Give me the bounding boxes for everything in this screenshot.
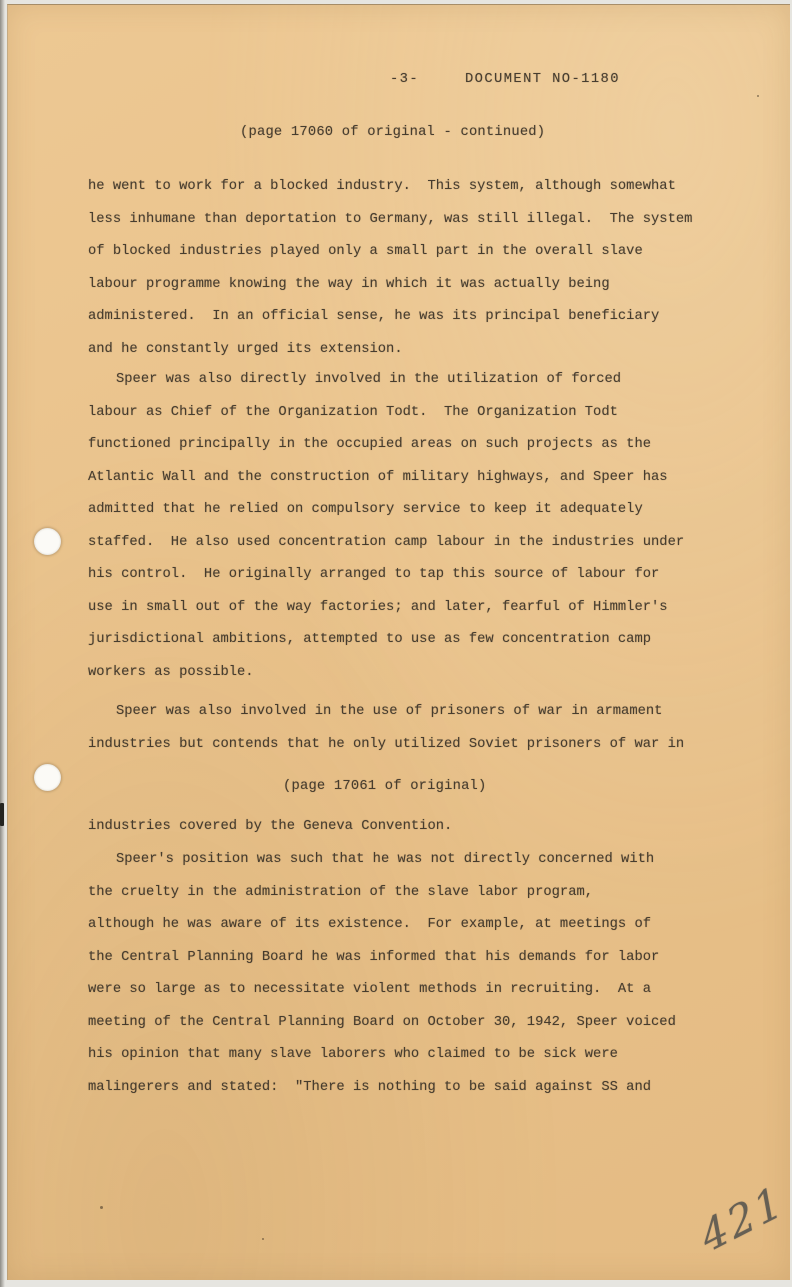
scanned-document-page: -3- DOCUMENT NO-1180 (page 17060 of orig…	[0, 0, 792, 1287]
typewritten-content: -3- DOCUMENT NO-1180 (page 17060 of orig…	[0, 0, 792, 1287]
paper-speck	[100, 1206, 103, 1209]
paragraph-central-planning-board: Speer's position was such that he was no…	[88, 844, 728, 1104]
subheading-page-17061: (page 17061 of original)	[283, 779, 487, 794]
paper-speck	[757, 95, 759, 97]
paragraph-geneva-convention: industries covered by the Geneva Convent…	[88, 811, 728, 844]
subheading-page-17060: (page 17060 of original - continued)	[240, 125, 545, 140]
paragraph-prisoners-of-war: Speer was also involved in the use of pr…	[88, 696, 728, 761]
handwritten-page-number: 421	[694, 1176, 791, 1262]
document-number: DOCUMENT NO-1180	[465, 72, 620, 87]
hole-punch-bottom	[34, 764, 61, 791]
hole-punch-top	[34, 528, 61, 555]
paper-speck	[262, 1238, 264, 1240]
page-number-header: -3-	[390, 72, 419, 87]
paragraph-blocked-industry: he went to work for a blocked industry. …	[88, 171, 728, 366]
edge-mark	[0, 803, 4, 826]
paragraph-organization-todt: Speer was also directly involved in the …	[88, 364, 728, 689]
